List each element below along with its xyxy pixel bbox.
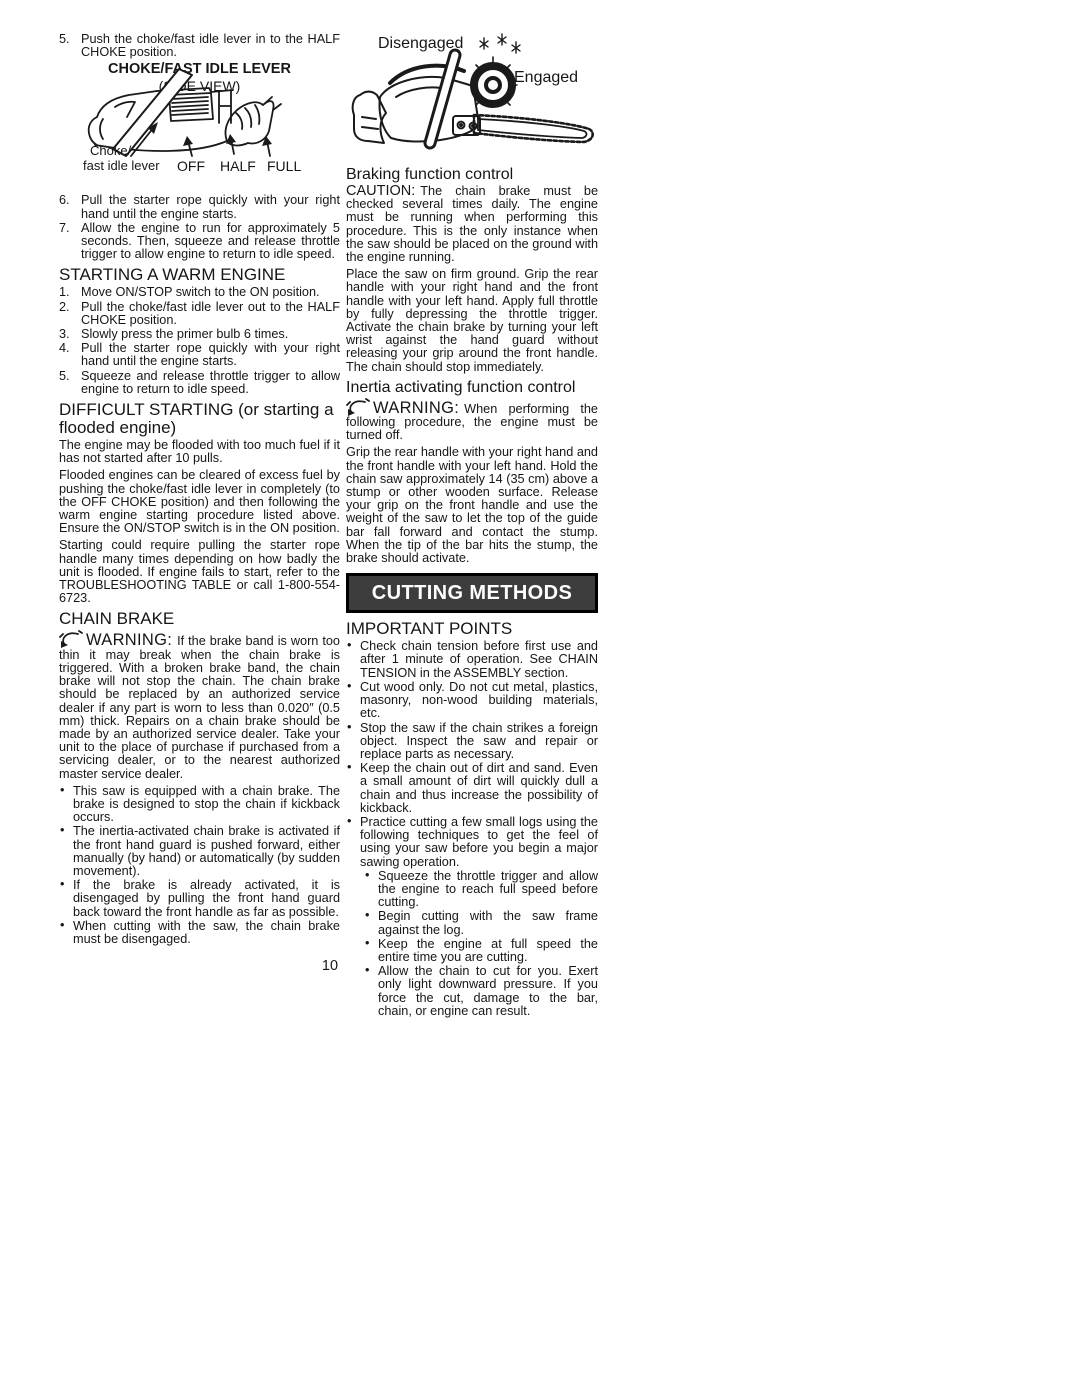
bullet-text: Keep the engine at full speed the entire… xyxy=(378,937,598,964)
important-bullet: • Stop the saw if the chain strikes a fo… xyxy=(346,722,598,762)
technique-sub-bullet: • Allow the chain to cut for you. Exert … xyxy=(363,965,598,1018)
step-number: 3. xyxy=(59,328,70,341)
step-item-5: 5. Push the choke/fast idle lever in to … xyxy=(59,33,340,59)
bullet-text: Stop the saw if the chain strikes a fore… xyxy=(360,721,598,761)
bullet-marker: • xyxy=(365,937,369,950)
technique-sub-bullet: • Begin cutting with the saw frame again… xyxy=(363,910,598,936)
bullet-text: Allow the chain to cut for you. Exert on… xyxy=(378,964,598,1018)
step-number: 5. xyxy=(59,33,70,46)
warm-step-5: 5. Squeeze and release throttle trigger … xyxy=(59,370,340,396)
paragraph: Grip the rear handle with your right han… xyxy=(346,446,598,565)
bullet-marker: • xyxy=(60,878,64,891)
step-text: Pull the starter rope quickly with your … xyxy=(81,193,340,220)
step-number: 7. xyxy=(59,222,70,235)
technique-sub-bullet: • Keep the engine at full speed the enti… xyxy=(363,938,598,964)
inertia-warning: WARNING:When performing the following pr… xyxy=(346,398,598,443)
paragraph: Starting could require pulling the start… xyxy=(59,539,340,605)
position-label-full: FULL xyxy=(267,158,301,174)
warm-step-2: 2. Pull the choke/fast idle lever out to… xyxy=(59,301,340,327)
warm-step-1: 1. Move ON/STOP switch to the ON positio… xyxy=(59,286,340,299)
warning-text: If the brake band is worn too thin it ma… xyxy=(59,634,340,780)
step-text: Allow the engine to run for approximatel… xyxy=(81,221,340,261)
important-bullet: • Keep the chain out of dirt and sand. E… xyxy=(346,762,598,815)
choke-label-line2: fast idle lever xyxy=(83,158,160,173)
bullet-text: Check chain tension before first use and… xyxy=(360,639,598,679)
step-item-6: 6. Pull the starter rope quickly with yo… xyxy=(59,194,340,220)
bullet-text: Squeeze the throttle trigger and allow t… xyxy=(378,869,598,909)
heading-starting-warm-engine: STARTING A WARM ENGINE xyxy=(59,266,340,284)
technique-sub-bullet: • Squeeze the throttle trigger and allow… xyxy=(363,870,598,910)
step-text: Pull the starter rope quickly with your … xyxy=(81,341,340,368)
step-text: Move ON/STOP switch to the ON position. xyxy=(81,285,320,299)
braking-caution: CAUTION:The chain brake must be checked … xyxy=(346,185,598,264)
disengaged-label: Disengaged xyxy=(378,35,463,53)
bullet-text: If the brake is already activated, it is… xyxy=(73,878,340,918)
step-item-7: 7. Allow the engine to run for approxima… xyxy=(59,222,340,262)
step-text: Push the choke/fast idle lever in to the… xyxy=(81,32,340,59)
warning-hand-icon xyxy=(59,630,83,648)
left-column: 5. Push the choke/fast idle lever in to … xyxy=(59,33,340,947)
banner-title: CUTTING METHODS xyxy=(372,582,572,605)
choke-lever-diagram: CHOKE/FAST IDLE LEVER (SIDE VIEW) xyxy=(59,61,340,188)
position-label-half: HALF xyxy=(220,158,256,174)
step-number: 4. xyxy=(59,342,70,355)
warning-hand-icon xyxy=(346,398,370,416)
step-text: Squeeze and release throttle trigger to … xyxy=(81,369,340,396)
heading-inertia-function: Inertia activating function control xyxy=(346,379,598,396)
important-bullet: • Check chain tension before first use a… xyxy=(346,640,598,680)
bullet-text: Cut wood only. Do not cut metal, plastic… xyxy=(360,680,598,720)
bullet-marker: • xyxy=(347,815,351,828)
chain-brake-illustration: Disengaged Engaged xyxy=(346,33,598,161)
step-text: Slowly press the primer bulb 6 times. xyxy=(81,327,288,341)
right-column: Disengaged Engaged Braking function cont… xyxy=(346,33,598,1019)
chain-brake-bullet: • This saw is equipped with a chain brak… xyxy=(59,785,340,825)
bullet-text: This saw is equipped with a chain brake.… xyxy=(73,784,340,824)
step-number: 2. xyxy=(59,301,70,314)
position-label-off: OFF xyxy=(177,158,205,174)
choke-label-line1: Choke/ xyxy=(90,143,131,158)
manual-page: 5. Push the choke/fast idle lever in to … xyxy=(0,0,1080,1397)
bullet-marker: • xyxy=(60,824,64,837)
bullet-marker: • xyxy=(60,784,64,797)
heading-important-points: IMPORTANT POINTS xyxy=(346,620,598,638)
heading-chain-brake: CHAIN BRAKE xyxy=(59,610,340,628)
important-bullet: • Cut wood only. Do not cut metal, plast… xyxy=(346,681,598,721)
heading-braking-function: Braking function control xyxy=(346,166,598,183)
page-number: 10 xyxy=(298,958,362,974)
bullet-text: Keep the chain out of dirt and sand. Eve… xyxy=(360,761,598,815)
bullet-marker: • xyxy=(365,964,369,977)
bullet-marker: • xyxy=(347,639,351,652)
chain-brake-bullet: • When cutting with the saw, the chain b… xyxy=(59,920,340,946)
step-number: 1. xyxy=(59,286,70,299)
bullet-text: When cutting with the saw, the chain bra… xyxy=(73,919,340,946)
bullet-marker: • xyxy=(365,909,369,922)
engaged-label: Engaged xyxy=(514,69,578,87)
warm-step-3: 3. Slowly press the primer bulb 6 times. xyxy=(59,328,340,341)
bullet-marker: • xyxy=(347,761,351,774)
step-number: 5. xyxy=(59,370,70,383)
bullet-text: The inertia-activated chain brake is act… xyxy=(73,824,340,878)
cutting-methods-banner: CUTTING METHODS xyxy=(346,573,598,613)
bullet-marker: • xyxy=(347,721,351,734)
important-bullet: • Practice cutting a few small logs usin… xyxy=(346,816,598,869)
step-text: Pull the choke/fast idle lever out to th… xyxy=(81,300,340,327)
paragraph: The engine may be flooded with too much … xyxy=(59,439,340,465)
bullet-text: Begin cutting with the saw frame against… xyxy=(378,909,598,936)
chain-brake-bullet: • If the brake is already activated, it … xyxy=(59,879,340,919)
bullet-marker: • xyxy=(347,680,351,693)
bullet-marker: • xyxy=(60,919,64,932)
paragraph: Flooded engines can be cleared of excess… xyxy=(59,469,340,535)
step-number: 6. xyxy=(59,194,70,207)
heading-difficult-starting: DIFFICULT STARTING (or starting a floode… xyxy=(59,401,340,437)
paragraph: Place the saw on firm ground. Grip the r… xyxy=(346,268,598,374)
warm-step-4: 4. Pull the starter rope quickly with yo… xyxy=(59,342,340,368)
bullet-marker: • xyxy=(365,869,369,882)
bullet-text: Practice cutting a few small logs using … xyxy=(360,815,598,869)
chain-brake-bullet: • The inertia-activated chain brake is a… xyxy=(59,825,340,878)
chain-brake-warning: WARNING:If the brake band is worn too th… xyxy=(59,630,340,780)
